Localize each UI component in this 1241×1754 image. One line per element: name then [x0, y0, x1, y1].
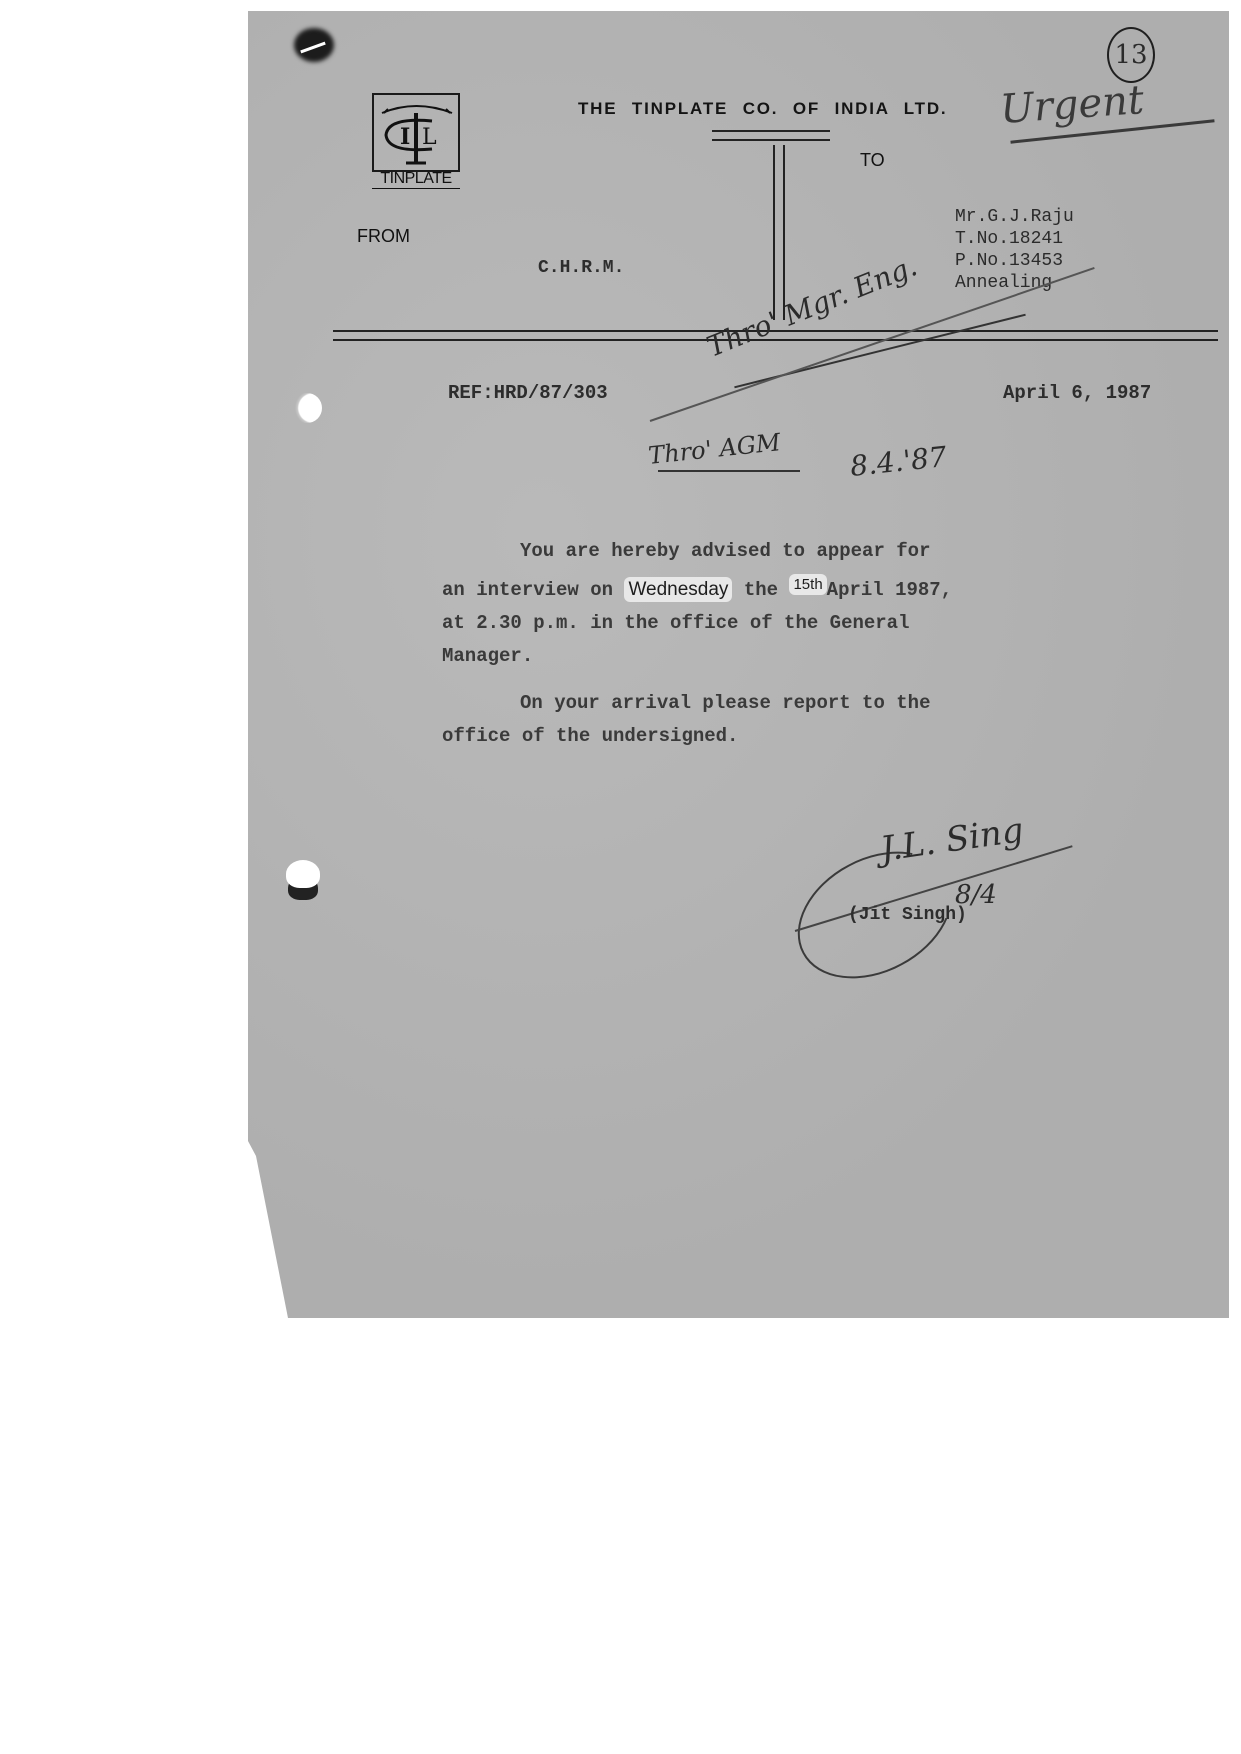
company-logo: I L	[372, 93, 460, 172]
punch-hole-top	[292, 393, 322, 423]
svg-text:I: I	[400, 124, 410, 150]
letter-date: April 6, 1987	[1003, 382, 1151, 404]
company-name: THE TINPLATE CO. OF INDIA LTD.	[578, 99, 947, 119]
recipient-department: Annealing	[955, 272, 1074, 294]
letter-body: You are hereby advised to appear for an …	[442, 535, 1082, 767]
divider-vertical-1	[773, 145, 775, 320]
to-label: TO	[860, 150, 885, 171]
handwritten-routing-2-underline	[658, 470, 800, 472]
sender: C.H.R.M.	[538, 258, 624, 278]
svg-text:L: L	[422, 125, 437, 150]
signatory-name: (Jit Singh)	[848, 905, 967, 925]
corrected-day: Wednesday	[624, 577, 732, 602]
tcil-monogram-icon: I L	[374, 95, 458, 170]
page-number: 13	[1114, 40, 1147, 70]
divider-vertical-2	[783, 145, 785, 320]
header-rule-2	[712, 139, 830, 141]
recipient-ticket-no: T.No.18241	[955, 228, 1074, 250]
recipient-personal-no: P.No.13453	[955, 250, 1074, 272]
header-rule-1	[712, 130, 830, 132]
recipient-name: Mr.G.J.Raju	[955, 206, 1074, 228]
from-label: FROM	[357, 226, 410, 247]
divider-horizontal-2	[333, 339, 1218, 341]
page-number-circle: 13	[1107, 27, 1155, 83]
paragraph-2: On your arrival please report to the off…	[442, 687, 1082, 753]
logo-wordmark: TINPLATE	[372, 170, 460, 189]
paragraph-1: You are hereby advised to appear for an …	[442, 535, 1082, 673]
corrected-date: 15th	[789, 574, 826, 595]
reference-number: REF:HRD/87/303	[448, 382, 608, 404]
punch-hole-bottom	[286, 860, 320, 888]
